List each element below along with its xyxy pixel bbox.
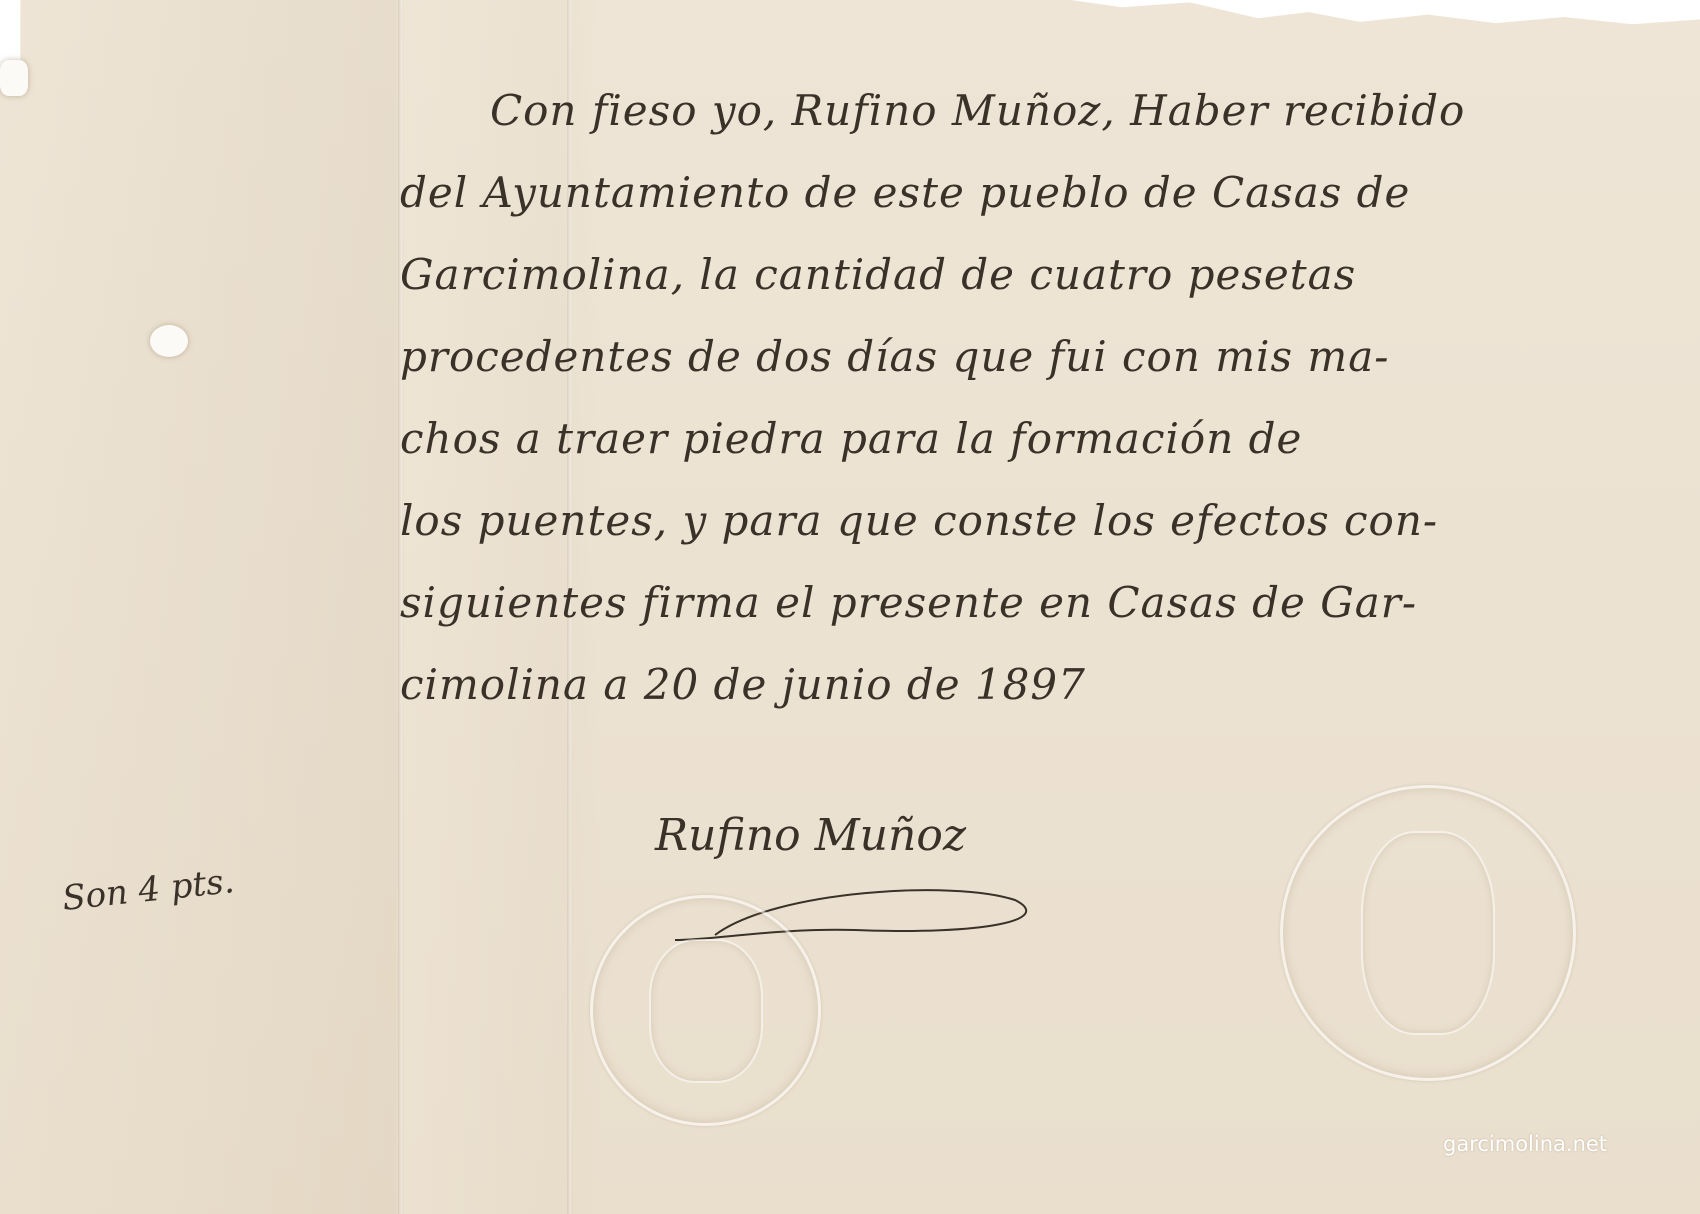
body-line: los puentes, y para que conste los efect… <box>400 480 1660 562</box>
body-line: Con fieso yo, Rufino Muñoz, Haber recibi… <box>400 70 1660 152</box>
paper-hole <box>150 325 188 357</box>
body-line: chos a traer piedra para la formación de <box>400 398 1660 480</box>
signature: Rufino Muñoz <box>655 810 966 861</box>
coat-of-arms-icon <box>649 939 763 1083</box>
paper-tear <box>0 60 28 96</box>
body-line: procedentes de dos días que fui con mis … <box>400 316 1660 398</box>
body-line: cimolina a 20 de junio de 1897 <box>400 644 1660 726</box>
embossed-seal-left <box>590 895 821 1126</box>
body-line: siguientes firma el presente en Casas de… <box>400 562 1660 644</box>
body-line: del Ayuntamiento de este pueblo de Casas… <box>400 152 1660 234</box>
bust-portrait-icon <box>1361 831 1495 1035</box>
body-line: Garcimolina, la cantidad de cuatro peset… <box>400 234 1660 316</box>
watermark: garcimolina.net <box>1443 1132 1607 1156</box>
receipt-body: Con fieso yo, Rufino Muñoz, Haber recibi… <box>400 70 1660 726</box>
embossed-seal-right <box>1280 785 1576 1081</box>
